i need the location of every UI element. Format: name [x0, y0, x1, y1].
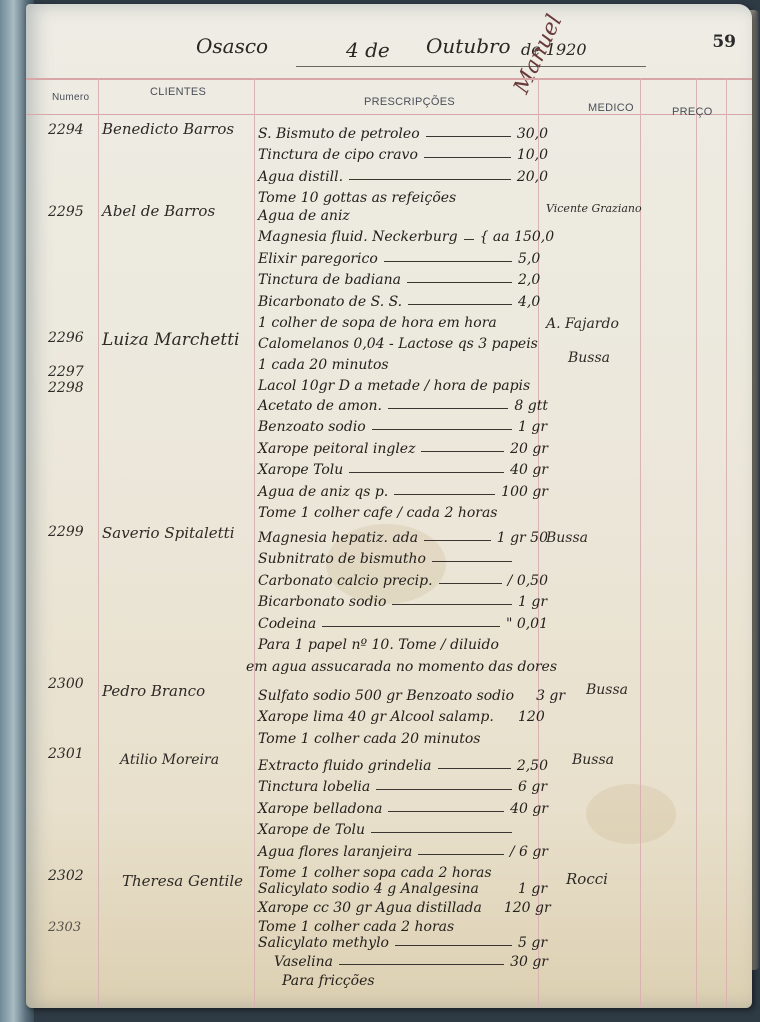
rx-line: Benzoato sodio1 gr	[258, 414, 548, 436]
entry-number: 2297	[48, 364, 84, 380]
rx-line: Xarope cc 30 gr Agua distillada120 gr	[258, 897, 548, 916]
rx-line: Codeina" 0,01	[258, 610, 548, 632]
rx-line: Agua de aniz	[258, 202, 548, 224]
rx-line: Xarope de Tolu	[258, 817, 548, 839]
rx-line: 1 colher de sopa de hora em hora	[258, 310, 548, 332]
rx-line: Lacol 10gr D a metade / hora de papis	[258, 372, 548, 394]
rx-line: Bicarbonato de S. S.4,0	[258, 288, 548, 310]
entry-number: 2294	[48, 122, 84, 138]
rx-line: Elixir paregorico5,0	[258, 245, 548, 267]
rx-line: Bicarbonato sodio1 gr	[258, 589, 548, 611]
column-divider	[696, 78, 697, 1008]
rx-line: Calomelanos 0,04 - Lactose qs 3 papeis	[258, 330, 548, 352]
column-header-medico: MEDICO	[588, 102, 634, 114]
page-number: 59	[712, 32, 736, 52]
column-divider	[98, 78, 99, 1008]
rx-line: Sulfato sodio 500 gr Benzoato sodio3 gr	[258, 682, 548, 704]
rx-line: Xarope belladona40 gr	[258, 795, 548, 817]
entry-number: 2298	[48, 380, 84, 396]
rx-line: Tome 1 colher cada 20 minutos	[258, 725, 548, 747]
rx-line: Agua flores laranjeira/ 6 gr	[258, 838, 548, 860]
rx-line: Xarope lima 40 gr Alcool salamp.120	[258, 704, 548, 726]
header-rule	[26, 114, 752, 115]
entry-medico: Bussa	[568, 350, 610, 366]
rx-line: Xarope peitoral inglez20 gr	[258, 435, 548, 457]
entry-number: 2303	[48, 920, 81, 935]
entry-prescription: Magnesia hepatiz. ada1 gr 50 Subnitrato …	[258, 524, 548, 675]
entry-client: Theresa Gentile	[122, 872, 243, 890]
rx-line: Carbonato calcio precip./ 0,50	[258, 567, 548, 589]
column-divider	[726, 78, 727, 1008]
ledger-page: 59 Osasco 4 de Outubro de 1920 Manuel Nu…	[26, 4, 752, 1008]
entry-client: Atilio Moreira	[120, 752, 219, 768]
paper-stain	[586, 784, 676, 844]
rx-line: Para fricções	[258, 970, 548, 989]
rx-line: em agua assucarada no momento das dores	[246, 653, 548, 675]
entry-prescription: Salicylato sodio 4 g Analgesina1 gr Xaro…	[258, 878, 548, 935]
entry-medico: Vicente Graziano	[546, 202, 642, 215]
date-rule	[296, 66, 646, 67]
rx-line: Tinctura lobelia6 gr	[258, 774, 548, 796]
column-divider	[640, 78, 641, 1008]
rx-line: 1 cada 20 minutos	[258, 352, 548, 374]
column-divider	[254, 78, 255, 1008]
rx-line: Xarope Tolu40 gr	[258, 457, 548, 479]
column-header-clientes: CLIENTES	[150, 86, 206, 98]
rx-line: Tome 1 colher cafe / cada 2 horas	[258, 500, 548, 522]
date-day: 4 de	[346, 38, 390, 62]
column-header-numero: Numero	[52, 92, 89, 103]
rx-line: Tinctura de cipo cravo10,0	[258, 142, 548, 164]
entry-number: 2295	[48, 204, 84, 220]
rx-line: Tinctura de badiana2,0	[258, 267, 548, 289]
entry-prescription: Sulfato sodio 500 gr Benzoato sodio3 gr …	[258, 682, 548, 747]
entry-prescription: Agua de aniz Magnesia fluid. Neckerburg{…	[258, 202, 548, 331]
entry-client: Abel de Barros	[102, 202, 215, 220]
rx-line: Extracto fluido grindelia2,50	[258, 752, 548, 774]
entry-prescription: Acetato de amon.8 gtt Benzoato sodio1 gr…	[258, 392, 548, 521]
entry-client: Pedro Branco	[102, 682, 205, 700]
header-rule	[26, 78, 752, 80]
entry-client: Saverio Spitaletti	[102, 524, 235, 542]
entry-medico: Bussa	[546, 530, 588, 546]
column-header-preco: PREÇO	[672, 106, 713, 118]
rx-line: Salicylato sodio 4 g Analgesina1 gr	[258, 878, 548, 897]
date-heading: Osasco 4 de Outubro de 1920	[176, 30, 636, 70]
entry-prescription: S. Bismuto de petroleo30,0 Tinctura de c…	[258, 120, 548, 206]
rx-line: Agua distill.20,0	[258, 163, 548, 185]
entry-prescription: Salicylato methylo5 gr Vaselina30 gr Par…	[258, 932, 548, 989]
entry-medico: Rocci	[566, 870, 608, 888]
entry-prescription: Lacol 10gr D a metade / hora de papis	[258, 372, 548, 394]
column-header-prescripcoes: PRESCRIPÇÕES	[364, 96, 455, 108]
rx-line: Magnesia fluid. Neckerburg{ aa 150,0	[258, 224, 548, 246]
rx-line: S. Bismuto de petroleo30,0	[258, 120, 548, 142]
date-month: Outubro	[426, 34, 511, 58]
entry-client: Benedicto Barros	[102, 120, 234, 138]
rx-line: Vaselina30 gr	[258, 951, 548, 970]
entry-number: 2296	[48, 330, 84, 346]
entry-medico: Bussa	[572, 752, 614, 768]
entry-number: 2299	[48, 524, 84, 540]
entry-number: 2301	[48, 746, 84, 762]
entry-client: Luiza Marchetti	[102, 330, 239, 350]
entry-prescription: Calomelanos 0,04 - Lactose qs 3 papeis 1…	[258, 330, 548, 373]
entry-medico: A. Fajardo	[546, 316, 619, 332]
rx-line: Salicylato methylo5 gr	[258, 932, 548, 951]
entry-number: 2300	[48, 676, 84, 692]
rx-line: Para 1 papel nº 10. Tome / diluido	[258, 632, 548, 654]
rx-line: Magnesia hepatiz. ada1 gr 50	[258, 524, 548, 546]
rx-line: Acetato de amon.8 gtt	[258, 392, 548, 414]
entry-prescription: Extracto fluido grindelia2,50 Tinctura l…	[258, 752, 548, 881]
entry-medico: Bussa	[586, 682, 628, 698]
date-place: Osasco	[196, 34, 268, 58]
entry-number: 2302	[48, 868, 84, 884]
rx-line: Agua de aniz qs p.100 gr	[258, 478, 548, 500]
header-signature: Manuel	[509, 64, 574, 113]
rx-line: Subnitrato de bismutho	[258, 546, 548, 568]
